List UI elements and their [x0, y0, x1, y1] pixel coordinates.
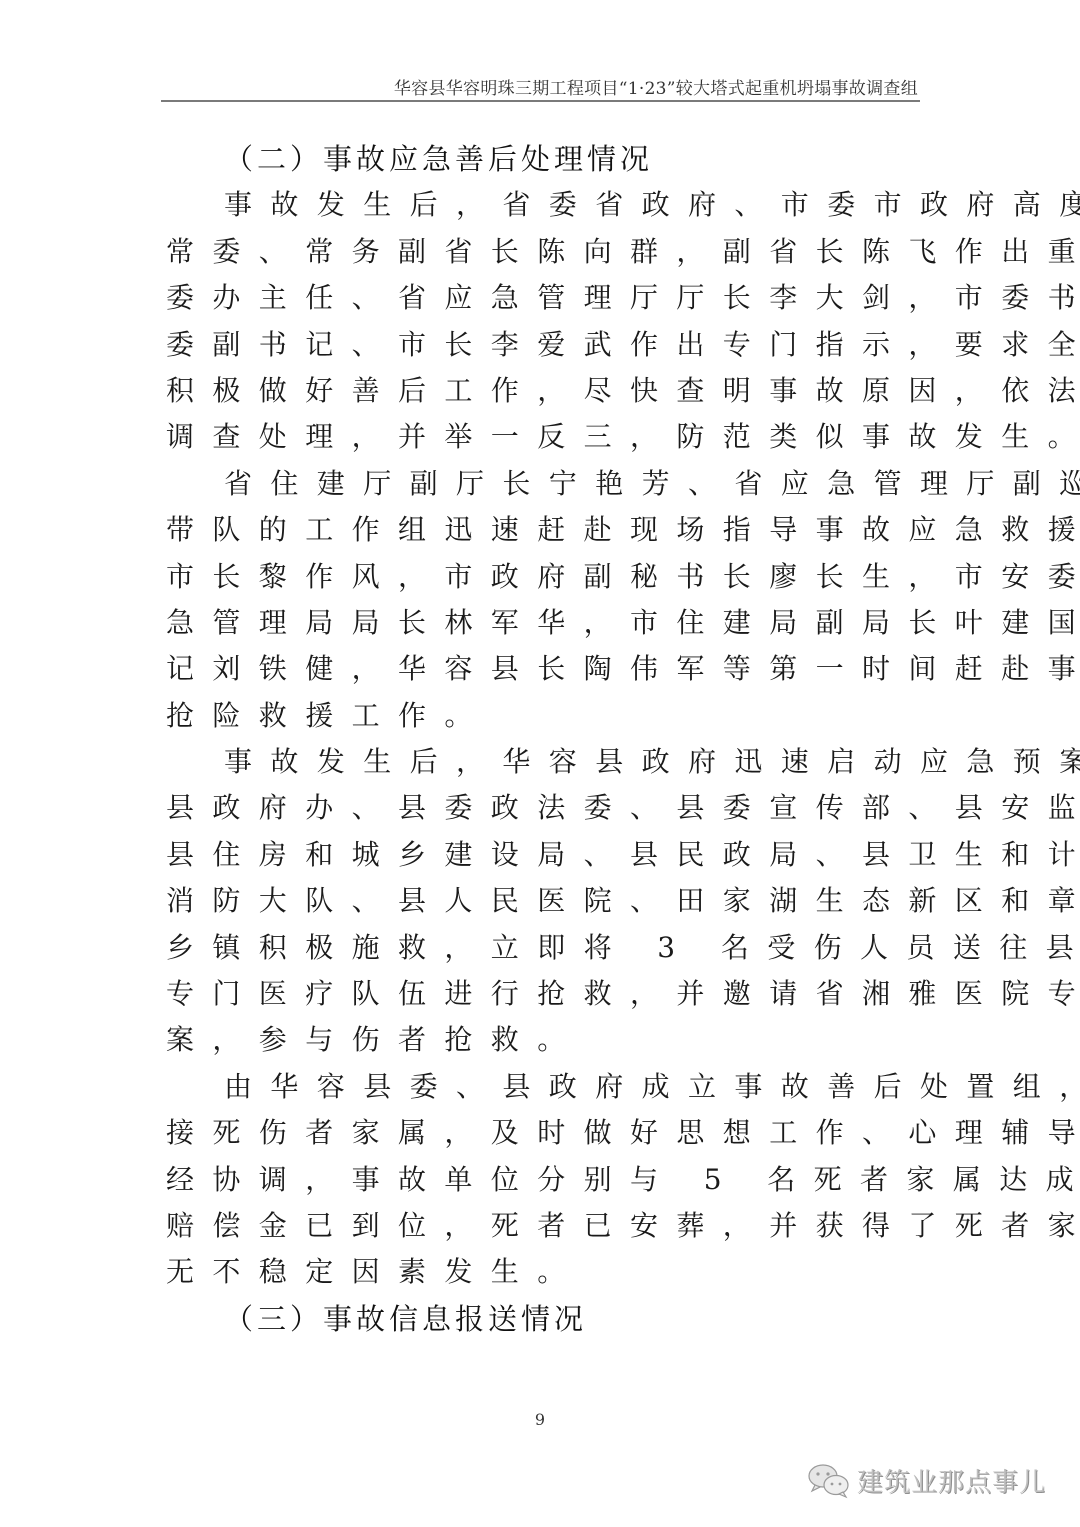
page-number: 9: [0, 1410, 1080, 1429]
text-line: 记刘铁健，华容县长陶伟军等第一时间赶赴事故现场，指导: [166, 646, 918, 692]
text-line: 赔偿金已到位，死者已安葬，并获得了死者家属的谅解书，: [166, 1203, 918, 1249]
text-line: 乡镇积极施救，立即将 3 名受伤人员送往县人民医院，组织: [166, 925, 918, 971]
wechat-icon: [807, 1463, 851, 1499]
watermark: 建筑业那点事儿: [807, 1462, 1046, 1499]
text-line: 常委、常务副省长陈向群，副省长陈飞作出重要批示，省安: [166, 229, 918, 275]
text-line: 县住房和城乡建设局、县民政局、县卫生和计划生育局、县: [166, 832, 918, 878]
paragraph: 省住建厅副厅长宁艳芳、省应急管理厅副巡视员胡金文 带队的工作组迅速赶赴现场指导事…: [166, 461, 918, 739]
text-line: 委副书记、市长李爱武作出专门指示，要求全力抢救伤员，: [166, 322, 918, 368]
text-line: 省住建厅副厅长宁艳芳、省应急管理厅副巡视员胡金文: [166, 461, 918, 507]
text-line: 经协调，事故单位分别与 5 名死者家属达成善后赔偿协议，: [166, 1157, 918, 1203]
text-line: 抢险救援工作。: [166, 693, 918, 739]
paragraph: 事故发生后，省委省政府、市委市政府高度重视，省委 常委、常务副省长陈向群，副省长…: [166, 182, 918, 460]
text-line: 专门医疗队伍进行抢救，并邀请省湘雅医院专家制定救治方: [166, 971, 918, 1017]
text-line: 急管理局局长林军华，市住建局副局长叶建国，华容县委书: [166, 600, 918, 646]
text-line: 接死伤者家属，及时做好思想工作、心理辅导、政策宣传。: [166, 1110, 918, 1156]
text-line: 事故发生后，华容县政府迅速启动应急预案，由县委办、: [166, 739, 918, 785]
text-line: 案，参与伤者抢救。: [166, 1017, 918, 1063]
text-line: 积极做好善后工作，尽快查明事故原因，依法依规做好事故: [166, 368, 918, 414]
text-line: 消防大队、县人民医院、田家湖生态新区和章华镇等单位和: [166, 878, 918, 924]
section-heading-3: （三）事故信息报送情况: [166, 1296, 918, 1342]
page-header: 华容县华容明珠三期工程项目“1·23”较大塔式起重机坍塌事故调查组: [161, 72, 920, 102]
paragraph: 事故发生后，华容县政府迅速启动应急预案，由县委办、 县政府办、县委政法委、县委宣…: [166, 739, 918, 1064]
document-body: （二）事故应急善后处理情况 事故发生后，省委省政府、市委市政府高度重视，省委 常…: [166, 136, 918, 1342]
section-heading-2: （二）事故应急善后处理情况: [166, 136, 918, 182]
text-line: 带队的工作组迅速赶赴现场指导事故应急救援处置情况。副: [166, 507, 918, 553]
paragraph: 由华容县委、县政府成立事故善后处置组，积极主动对 接死伤者家属，及时做好思想工作…: [166, 1064, 918, 1296]
text-line: 无不稳定因素发生。: [166, 1249, 918, 1295]
text-line: 委办主任、省应急管理厅厅长李大剑，市委书记刘和生，市: [166, 275, 918, 321]
text-line: 由华容县委、县政府成立事故善后处置组，积极主动对: [166, 1064, 918, 1110]
text-line: 县政府办、县委政法委、县委宣传部、县安监局、县公安局、: [166, 785, 918, 831]
text-line: 事故发生后，省委省政府、市委市政府高度重视，省委: [166, 182, 918, 228]
header-title: 华容县华容明珠三期工程项目“1·23”较大塔式起重机坍塌事故调查组: [394, 74, 918, 99]
text-line: 调查处理，并举一反三，防范类似事故发生。: [166, 414, 918, 460]
text-line: 市长黎作风，市政府副秘书长廖长生，市安委办主任、市应: [166, 554, 918, 600]
watermark-text: 建筑业那点事儿: [857, 1462, 1046, 1499]
